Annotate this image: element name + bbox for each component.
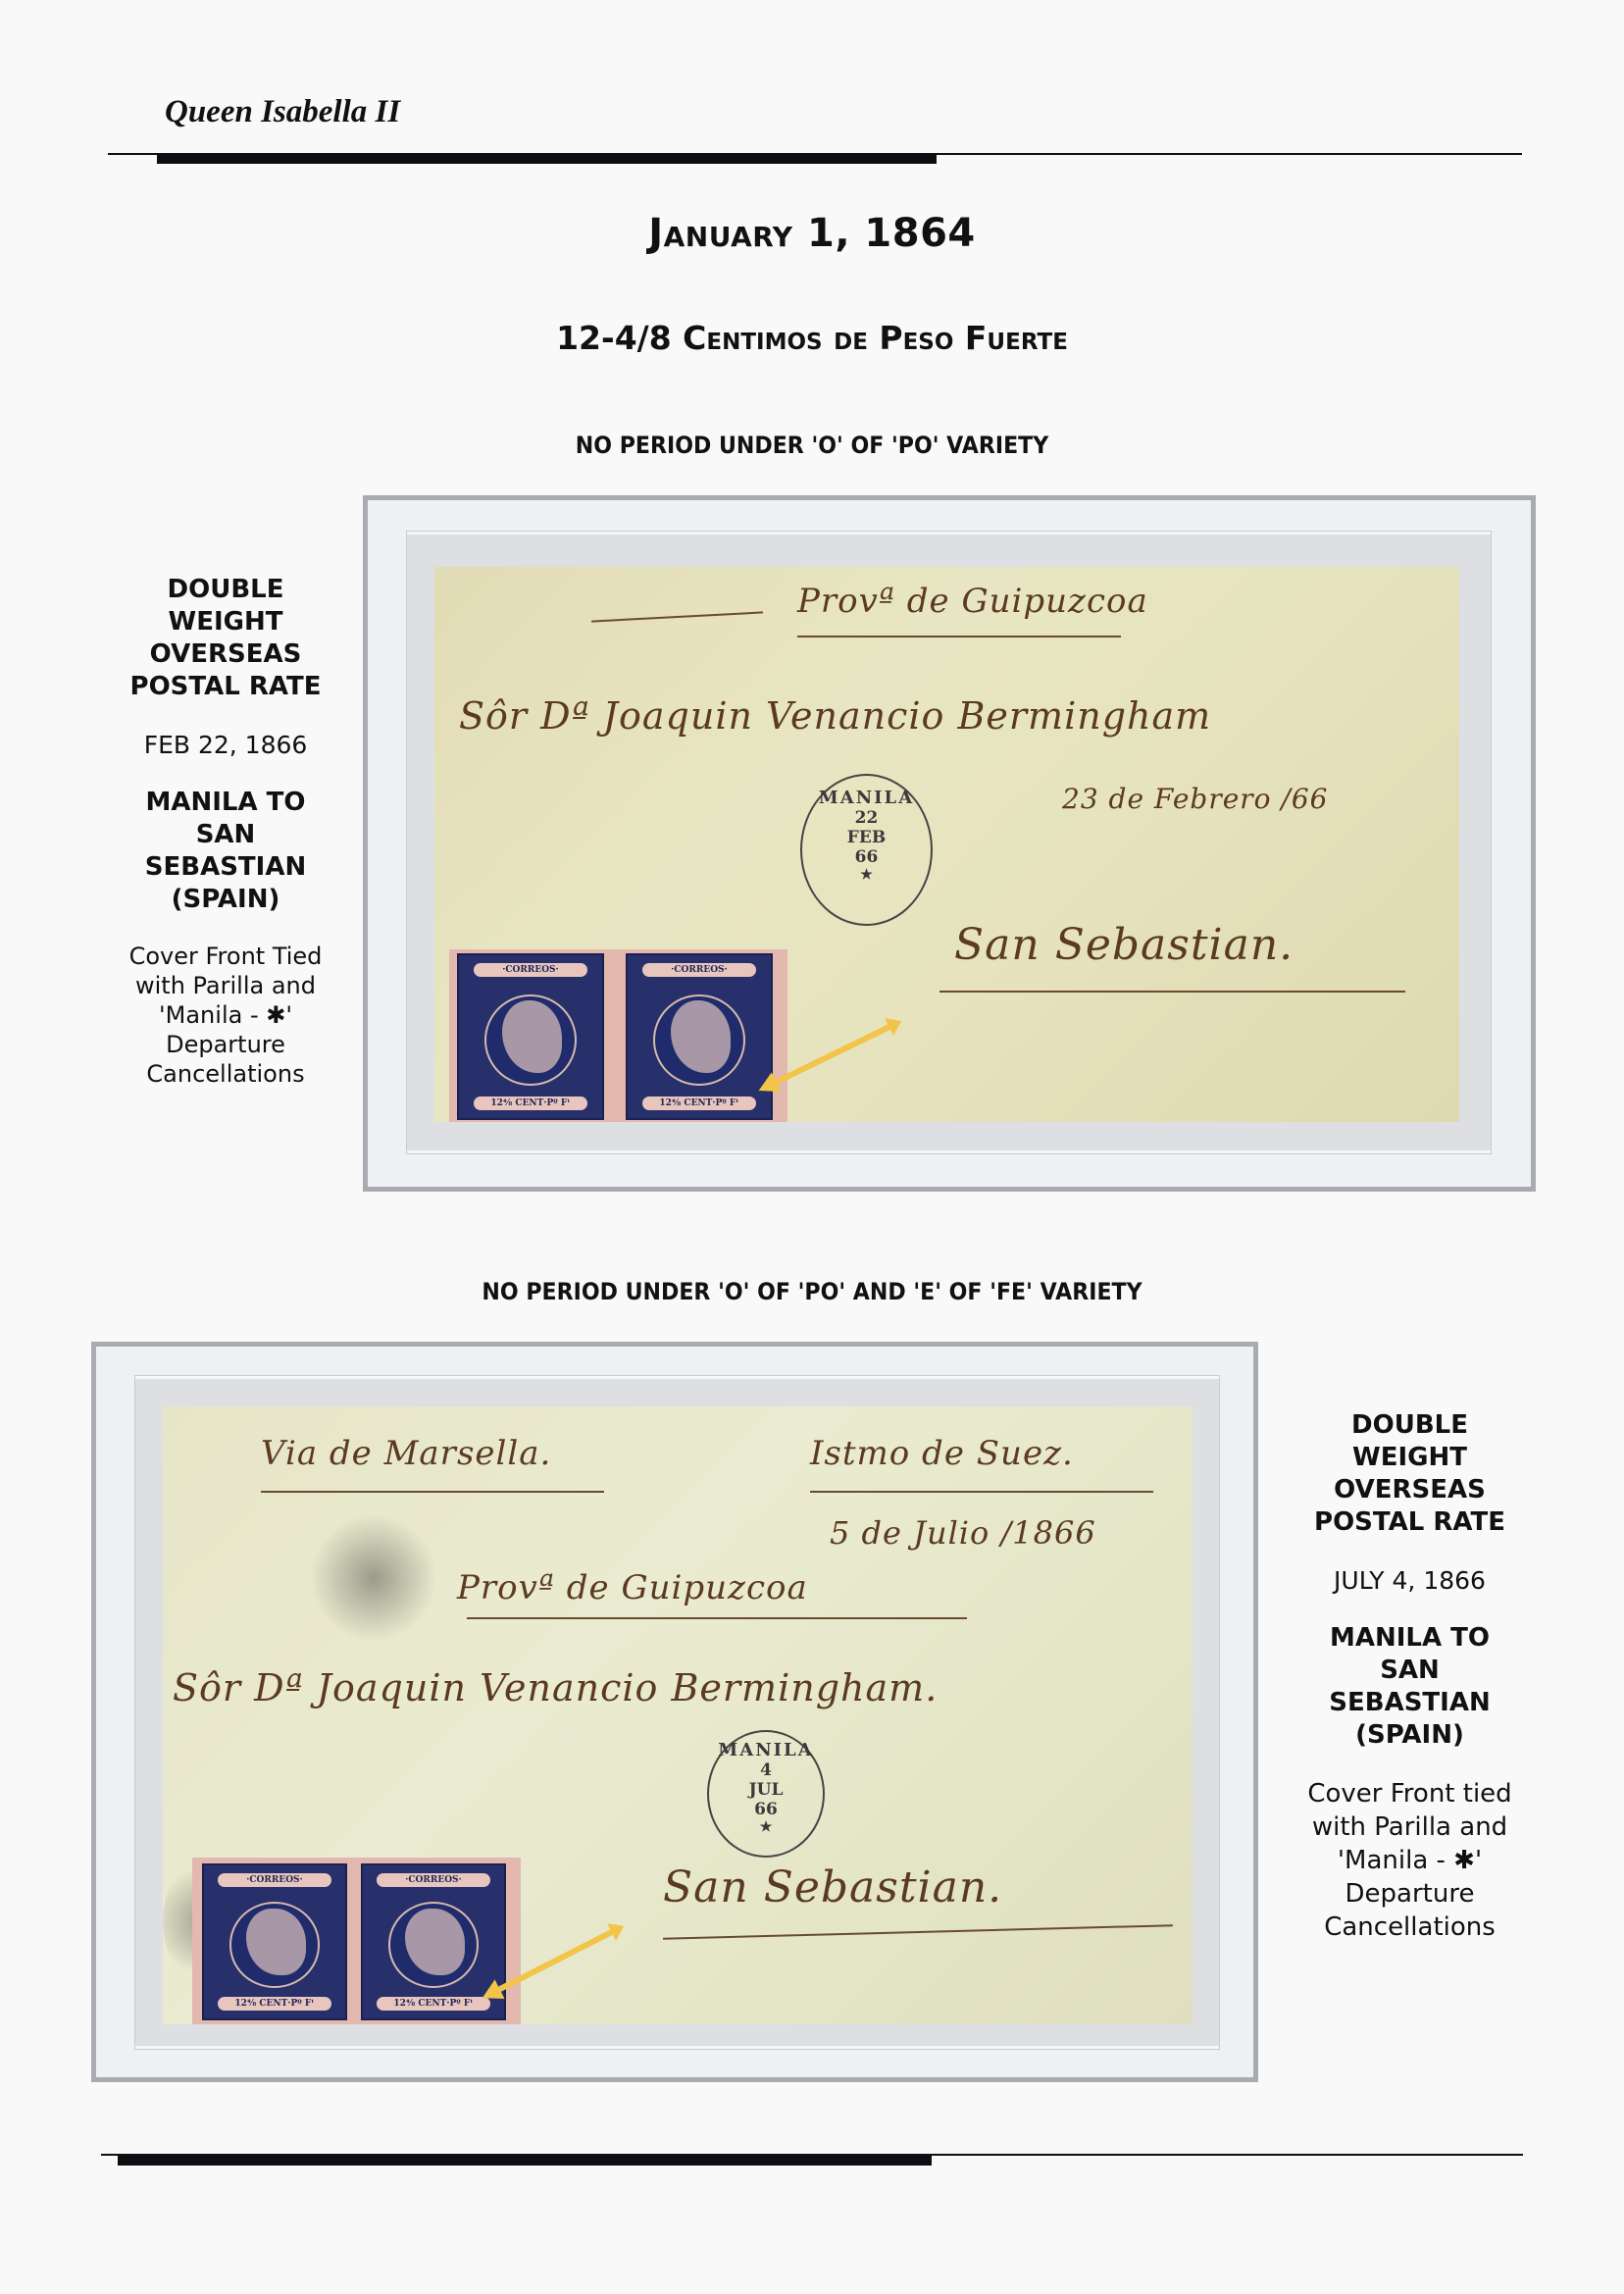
route-line: MANILA TO [1330, 1623, 1490, 1653]
manuscript-route-suez: Istmo de Suez. [810, 1434, 1074, 1473]
star-icon: ★ [709, 1819, 823, 1835]
description-line: Cancellations [146, 1060, 304, 1088]
description-line: 'Manila - ✱' [1338, 1846, 1482, 1875]
description-line: Cover Front tied [1307, 1779, 1511, 1809]
description-line: Cancellations [1324, 1912, 1496, 1942]
caption-1: DOUBLE WEIGHT OVERSEAS POSTAL RATE FEB 2… [108, 574, 343, 1114]
description-line: with Parilla and [135, 972, 316, 999]
rate-line: POSTAL RATE [1314, 1507, 1505, 1537]
rate-line: WEIGHT [1352, 1443, 1467, 1472]
description-line: 'Manila - ✱' [159, 1001, 292, 1029]
description-line: with Parilla and [1312, 1812, 1507, 1842]
ink-underline [261, 1491, 604, 1493]
exhibit-frame-2: Via de Marsella. Istmo de Suez. 5 de Jul… [91, 1342, 1258, 2082]
route-line: MANILA TO [145, 788, 305, 817]
value-title: 12-4/8 Centimos de Peso Fuerte [0, 319, 1624, 357]
caption-2: DOUBLE WEIGHT OVERSEAS POSTAL RATE JULY … [1275, 1409, 1545, 1969]
stamp-pair-1: ·CORREOS· 12⁴⁄₈ CENT·Pº Fᵗ ·CORREOS· 12⁴… [449, 949, 787, 1122]
cover-date: FEB 22, 1866 [144, 731, 308, 759]
cover-front-2: Via de Marsella. Istmo de Suez. 5 de Jul… [163, 1406, 1193, 2024]
manuscript-addressee: Sôr Dª Joaquin Venancio Bermingham. [173, 1666, 938, 1709]
issue-date-title: January 1, 1864 [0, 211, 1624, 256]
postmark-month: JUL [709, 1780, 823, 1800]
rate-line: WEIGHT [169, 607, 283, 637]
route-line: SAN [196, 820, 256, 849]
postmark-city: MANILA [802, 788, 931, 808]
route-line: SEBASTIAN [1329, 1688, 1490, 1717]
footer-rule-thick [118, 2155, 932, 2166]
route-line: SEBASTIAN [145, 852, 306, 882]
stamp-isabella-variety: ·CORREOS· 12⁴⁄₈ CENT·Pº Fᵗ [626, 953, 773, 1120]
running-title: Queen Isabella II [165, 94, 400, 130]
manuscript-city: San Sebastian. [663, 1862, 1002, 1912]
ink-flourish [591, 611, 763, 622]
stamp-isabella: ·CORREOS· 12⁴⁄₈ CENT·Pº Fᵗ [457, 953, 604, 1120]
manuscript-date: 23 de Febrero /66 [1062, 783, 1328, 815]
manila-postmark-1: MANILA 22 FEB 66 ★ [800, 774, 933, 926]
description-line: Cover Front Tied [129, 943, 323, 970]
exhibit-frame-1: Provª de Guipuzcoa Sôr Dª Joaquin Venanc… [363, 495, 1536, 1192]
rate-line: OVERSEAS [150, 639, 302, 669]
stamp-top-label: ·CORREOS· [377, 1873, 489, 1887]
manuscript-addressee: Sôr Dª Joaquin Venancio Bermingham [459, 694, 1211, 738]
manila-postmark-2: MANILA 4 JUL 66 ★ [707, 1730, 825, 1858]
variety-heading-1: NO PERIOD UNDER 'O' OF 'PO' VARIETY [65, 432, 1559, 459]
postmark-day: 4 [709, 1760, 823, 1780]
stamp-top-label: ·CORREOS· [218, 1873, 330, 1887]
stamp-top-label: ·CORREOS· [642, 963, 757, 977]
parilla-cancel-mark [310, 1514, 437, 1642]
route-line: (SPAIN) [1355, 1720, 1464, 1750]
route-line: (SPAIN) [172, 885, 280, 914]
manuscript-province: Provª de Guipuzcoa [457, 1568, 808, 1607]
stamp-top-label: ·CORREOS· [474, 963, 588, 977]
manuscript-province: Provª de Guipuzcoa [797, 582, 1148, 621]
cover-mount-2: Via de Marsella. Istmo de Suez. 5 de Jul… [135, 1376, 1219, 2049]
manuscript-route-marseille: Via de Marsella. [261, 1434, 551, 1473]
description-line: Departure [1345, 1879, 1475, 1909]
postmark-city: MANILA [709, 1740, 823, 1760]
cover-date: JULY 4, 1866 [1334, 1566, 1486, 1595]
stamp-isabella: ·CORREOS· 12⁴⁄₈ CENT·Pº Fᵗ [202, 1863, 347, 2020]
rate-line: DOUBLE [1351, 1410, 1468, 1440]
cover-mount-1: Provª de Guipuzcoa Sôr Dª Joaquin Venanc… [407, 532, 1491, 1153]
stamp-bottom-label: 12⁴⁄₈ CENT·Pº Fᵗ [377, 1997, 489, 2011]
manuscript-city: San Sebastian. [954, 920, 1294, 970]
postmark-day: 22 [802, 808, 931, 828]
postmark-month: FEB [802, 828, 931, 847]
ink-underline [663, 1924, 1173, 1940]
route-line: SAN [1380, 1656, 1440, 1685]
postmark-year: 66 [709, 1800, 823, 1819]
ink-underline [939, 991, 1405, 993]
manuscript-date: 5 de Julio /1866 [830, 1514, 1096, 1552]
stamp-bottom-label: 12⁴⁄₈ CENT·Pº Fᵗ [642, 1096, 757, 1110]
ink-underline [467, 1617, 967, 1619]
header-rule-thick [157, 153, 937, 164]
ink-underline [797, 636, 1121, 637]
rate-line: OVERSEAS [1334, 1475, 1486, 1504]
ink-underline [810, 1491, 1153, 1493]
rate-line: POSTAL RATE [130, 672, 322, 701]
variety-heading-2: NO PERIOD UNDER 'O' OF 'PO' AND 'E' OF '… [65, 1278, 1559, 1305]
rate-line: DOUBLE [168, 575, 284, 604]
stamp-bottom-label: 12⁴⁄₈ CENT·Pº Fᵗ [474, 1096, 588, 1110]
description-line: Departure [166, 1031, 285, 1058]
postmark-year: 66 [802, 847, 931, 867]
stamp-pair-2: ·CORREOS· 12⁴⁄₈ CENT·Pº Fᵗ ·CORREOS· 12⁴… [192, 1858, 521, 2024]
stamp-bottom-label: 12⁴⁄₈ CENT·Pº Fᵗ [218, 1997, 330, 2011]
star-icon: ★ [802, 867, 931, 883]
cover-front-1: Provª de Guipuzcoa Sôr Dª Joaquin Venanc… [434, 567, 1459, 1122]
